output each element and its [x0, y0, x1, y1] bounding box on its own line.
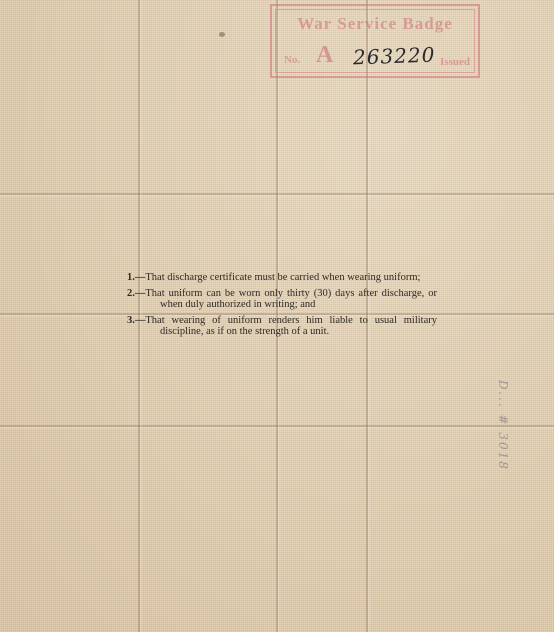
- stamp-class-letter: A: [316, 42, 333, 69]
- conditions-list: 1.—That discharge certificate must be ca…: [127, 272, 437, 342]
- condition-text: That uniform can be worn only thirty (30…: [145, 288, 437, 310]
- stamp-no-label: No.: [284, 54, 300, 66]
- stamp-issued-label: Issued: [440, 56, 470, 68]
- condition-text: That discharge certificate must be carri…: [145, 272, 420, 283]
- handwritten-badge-number: 263220: [353, 43, 436, 70]
- condition-number: 3.—: [127, 315, 145, 326]
- pencil-annotation: D... # 3018: [496, 380, 510, 540]
- condition-text: That wearing of uniform renders him liab…: [145, 315, 437, 337]
- condition-number: 2.—: [127, 288, 145, 299]
- condition-number: 1.—: [127, 272, 145, 283]
- stamp-title: War Service Badge: [282, 14, 468, 34]
- paper-hole-mark: [219, 32, 225, 37]
- condition-item: 3.—That wearing of uniform renders him l…: [127, 315, 437, 337]
- condition-item: 2.—That uniform can be worn only thirty …: [127, 288, 437, 310]
- condition-item: 1.—That discharge certificate must be ca…: [127, 272, 437, 283]
